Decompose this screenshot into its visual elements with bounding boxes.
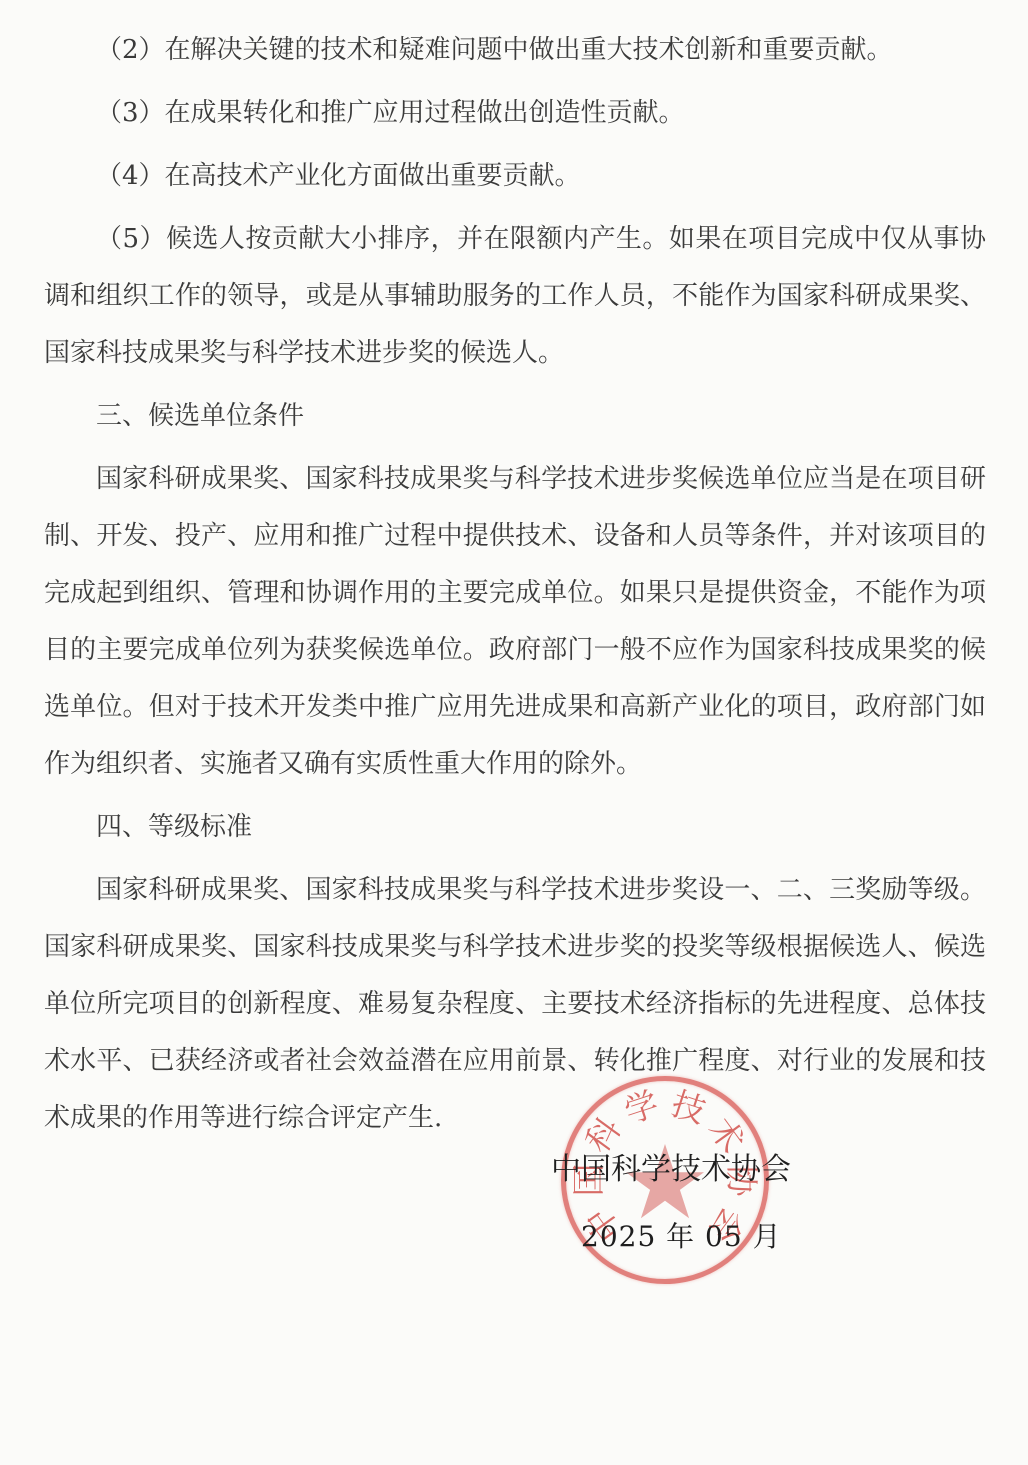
seal-character: 学	[620, 1084, 663, 1131]
paragraph: （4）在高技术产业化方面做出重要贡献。	[44, 148, 986, 205]
seal-character: 技	[667, 1084, 710, 1131]
scanned-document-page: （2）在解决关键的技术和疑难问题中做出重大技术创新和重要贡献。（3）在成果转化和…	[0, 0, 1028, 1465]
paragraph: （5）候选人按贡献大小排序，并在限额内产生。如果在项目完成中仅从事协调和组织工作…	[44, 211, 986, 382]
paragraph: （3）在成果转化和推广应用过程做出创造性贡献。	[44, 85, 986, 142]
section-heading: 四、等级标准	[44, 799, 986, 856]
paragraph: （2）在解决关键的技术和疑难问题中做出重大技术创新和重要贡献。	[44, 22, 986, 79]
signature-date: 2025 年 05 月	[581, 1220, 782, 1254]
paragraph: 国家科研成果奖、国家科技成果奖与科学技术进步奖设一、二、三奖励等级。国家科研成果…	[44, 862, 986, 1147]
signature-organization: 中国科学技术协会	[551, 1152, 791, 1188]
document-body: （2）在解决关键的技术和疑难问题中做出重大技术创新和重要贡献。（3）在成果转化和…	[44, 22, 986, 1147]
section-heading: 三、候选单位条件	[44, 388, 986, 445]
paragraph: 国家科研成果奖、国家科技成果奖与科学技术进步奖候选单位应当是在项目研制、开发、投…	[44, 451, 986, 793]
